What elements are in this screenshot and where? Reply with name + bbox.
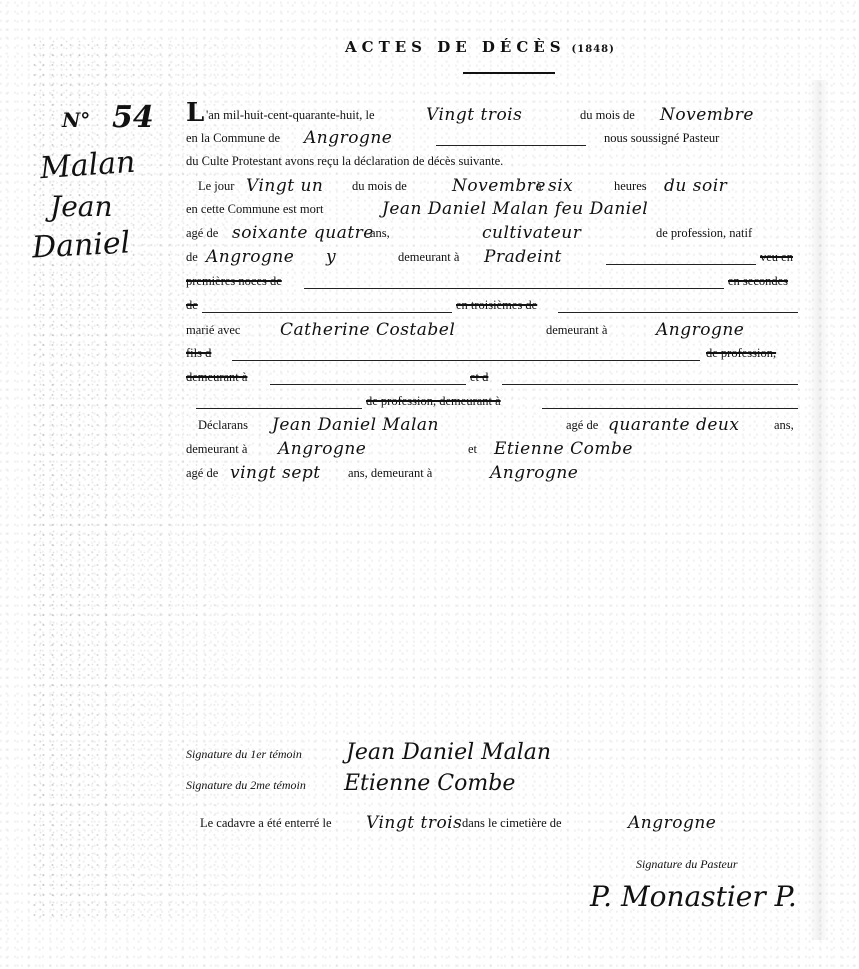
heading-title: ACTES DE DÉCÈS [345,38,566,56]
heading-year: (1848) [572,44,615,55]
margin-surname: Malan [39,145,137,187]
declarant-1-name: Jean Daniel Malan [272,415,439,435]
margin-given-name-1: Jean [50,190,113,223]
blank-line [304,288,724,289]
record-line-3: du Culte Protestant avons reçu la déclar… [186,150,802,172]
l4-at: à [536,179,542,194]
l16-label: agé de [186,466,218,481]
burial-text: Le cadavre a été enterré le [200,816,332,831]
declarant-2-name: Etienne Combe [494,439,633,459]
l15-et: et [468,442,477,457]
record-line-12: demeurant à et d [186,366,802,388]
l6-end: de profession, natif [656,226,752,241]
l7-dem: demeurant à [398,250,459,265]
burial-mid: dans le cimetière de [462,816,562,831]
witness-1-signature: Jean Daniel Malan [346,740,551,765]
deceased-profession: cultivateur [482,223,581,243]
witness-1-label: Signature du 1er témoin [186,747,302,762]
scanned-register-page: ACTES DE DÉCÈS(1848) N° 54 Malan Jean Da… [0,0,859,969]
l9-text: de [186,298,198,313]
record-line-6: agé de soixante quatre ans, cultivateur … [186,222,802,244]
blank-line [196,408,362,409]
record-line-13: de profession, demeurant à [186,390,802,412]
l11-label: fils d [186,346,211,361]
birthplace: Angrogne [206,247,294,267]
l5-text: en cette Commune est mort [186,202,323,217]
record-line-2: en la Commune de Angrogne nous soussigné… [186,127,802,149]
l13-mid: de profession, demeurant à [366,394,501,409]
blank-line [436,145,586,146]
pasteur-signature-label: Signature du Pasteur [636,857,738,872]
deceased-age: soixante quatre [232,223,374,243]
l10-label: marié avec [186,323,240,338]
record-line-15: demeurant à Angrogne et Etienne Combe [186,438,802,460]
l14-label: Déclarans [198,418,248,433]
declarant-1-age: quarante deux [608,415,739,435]
heading-underline [463,72,555,74]
record-line-8: premières noces de en secondes [186,270,802,292]
birthplace-y: y [326,247,336,267]
blank-line [270,384,466,385]
margin-given-name-2: Daniel [31,225,131,265]
l14-age-label: agé de [566,418,598,433]
blank-line [606,264,756,265]
l4-label: Le jour [198,179,234,194]
record-line-14: Déclarans Jean Daniel Malan agé de quara… [186,414,802,436]
l2-end: nous soussigné Pasteur [604,131,719,146]
death-time-of-day: du soir [664,176,727,196]
blank-line [502,384,798,385]
declarant-1-residence: Angrogne [278,439,366,459]
witness-2-label: Signature du 2me témoin [186,778,306,793]
death-record-month: Novembre [660,105,754,125]
l11-end: de profession, [706,346,776,361]
page-heading: ACTES DE DÉCÈS(1848) [345,38,615,56]
l2-text: en la Commune de [186,131,280,146]
l16-mid: ans, demeurant à [348,466,432,481]
spouse-name: Catherine Costabel [280,320,455,340]
declarant-2-residence: Angrogne [490,463,578,483]
l10-dem: demeurant à [546,323,607,338]
l6-ans: ans, [370,226,390,241]
residence: Pradeint [484,247,562,267]
record-number-label: N° [62,108,90,132]
spouse-residence: Angrogne [656,320,744,340]
witness-1-signature-line: Signature du 1er témoin Jean Daniel Mala… [186,735,802,765]
l1-month-label: du mois de [580,108,635,123]
burial-line: Le cadavre a été enterré le Vingt trois … [200,808,816,834]
record-line-5: en cette Commune est mort Jean Daniel Ma… [186,198,802,220]
l14-ans: ans, [774,418,794,433]
commune-name: Angrogne [304,128,392,148]
declarant-2-age: vingt sept [230,463,321,483]
record-line-4: Le jour Vingt un du mois de Novembre à s… [186,175,802,197]
record-line-7: de Angrogne y demeurant à Pradeint veu e… [186,246,802,268]
l6-label: agé de [186,226,218,241]
l15-label: demeurant à [186,442,247,457]
record-line-10: marié avec Catherine Costabel demeurant … [186,319,802,341]
witness-2-signature-line: Signature du 2me témoin Etienne Combe [186,766,802,796]
death-hour: six [548,176,573,196]
record-line-9: de en troisièmes de [186,294,802,316]
pasteur-signature: P. Monastier P. [590,880,797,913]
l8-text: premières noces de [186,274,282,289]
l9-mid: en troisièmes de [456,298,537,313]
burial-day: Vingt trois [366,813,462,833]
deceased-name: Jean Daniel Malan feu Daniel [382,199,648,219]
witness-2-signature: Etienne Combe [344,771,515,796]
l7-label: de [186,250,198,265]
record-number-value: 54 [112,100,154,135]
l7-end: veu en [760,250,793,265]
l1-text: 'an mil-huit-cent-quarante-huit, le [206,108,375,123]
drop-cap: L [186,100,204,126]
l8-end: en secondes [728,274,788,289]
blank-line [558,312,798,313]
blank-line [542,408,798,409]
blank-line [202,312,452,313]
l12-mid: et d [470,370,488,385]
death-month: Novembre [452,176,546,196]
death-record-day: Vingt trois [426,105,522,125]
record-line-16: agé de vingt sept ans, demeurant à Angro… [186,462,802,484]
death-day: Vingt un [246,176,323,196]
record-line-1: L 'an mil-huit-cent-quarante-huit, le Vi… [186,104,802,126]
l12-label: demeurant à [186,370,247,385]
l3-text: du Culte Protestant avons reçu la déclar… [186,154,503,169]
l4-month-label: du mois de [352,179,407,194]
blank-line [232,360,700,361]
burial-place: Angrogne [628,813,716,833]
l4-hours-label: heures [614,179,647,194]
record-line-11: fils d de profession, [186,342,802,364]
